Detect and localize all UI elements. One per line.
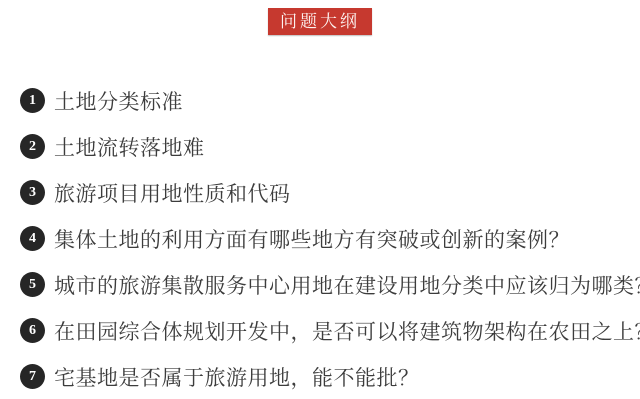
item-number-badge: 1 bbox=[20, 88, 45, 113]
item-number-badge: 5 bbox=[20, 272, 45, 297]
question-item-4: 4 集体土地的利用方面有哪些地方有突破或创新的案例？ bbox=[20, 226, 636, 251]
question-text: 集体土地的利用方面有哪些地方有突破或创新的案例？ bbox=[54, 224, 570, 254]
item-number-badge: 2 bbox=[20, 134, 45, 159]
question-item-2: 2 土地流转落地难 bbox=[20, 134, 636, 159]
question-text: 城市的旅游集散服务中心用地在建设用地分类中应该归为哪类？ bbox=[54, 270, 640, 300]
question-item-6: 6 在田园综合体规划开发中，是否可以将建筑物架构在农田之上？ bbox=[20, 318, 636, 343]
page-title: 问题大纲 bbox=[268, 8, 372, 35]
question-text: 土地分类标准 bbox=[54, 86, 183, 116]
item-number-badge: 7 bbox=[20, 364, 45, 389]
question-item-3: 3 旅游项目用地性质和代码 bbox=[20, 180, 636, 205]
question-text: 土地流转落地难 bbox=[54, 132, 205, 162]
question-text: 在田园综合体规划开发中，是否可以将建筑物架构在农田之上？ bbox=[54, 316, 640, 346]
question-item-5: 5 城市的旅游集散服务中心用地在建设用地分类中应该归为哪类？ bbox=[20, 272, 636, 297]
item-number-badge: 6 bbox=[20, 318, 45, 343]
question-outline-list: 1 土地分类标准 2 土地流转落地难 3 旅游项目用地性质和代码 4 集体土地的… bbox=[20, 88, 636, 389]
item-number-badge: 4 bbox=[20, 226, 45, 251]
question-item-1: 1 土地分类标准 bbox=[20, 88, 636, 113]
question-text: 旅游项目用地性质和代码 bbox=[54, 178, 291, 208]
question-item-7: 7 宅基地是否属于旅游用地，能不能批？ bbox=[20, 364, 636, 389]
question-text: 宅基地是否属于旅游用地，能不能批？ bbox=[54, 362, 420, 392]
item-number-badge: 3 bbox=[20, 180, 45, 205]
